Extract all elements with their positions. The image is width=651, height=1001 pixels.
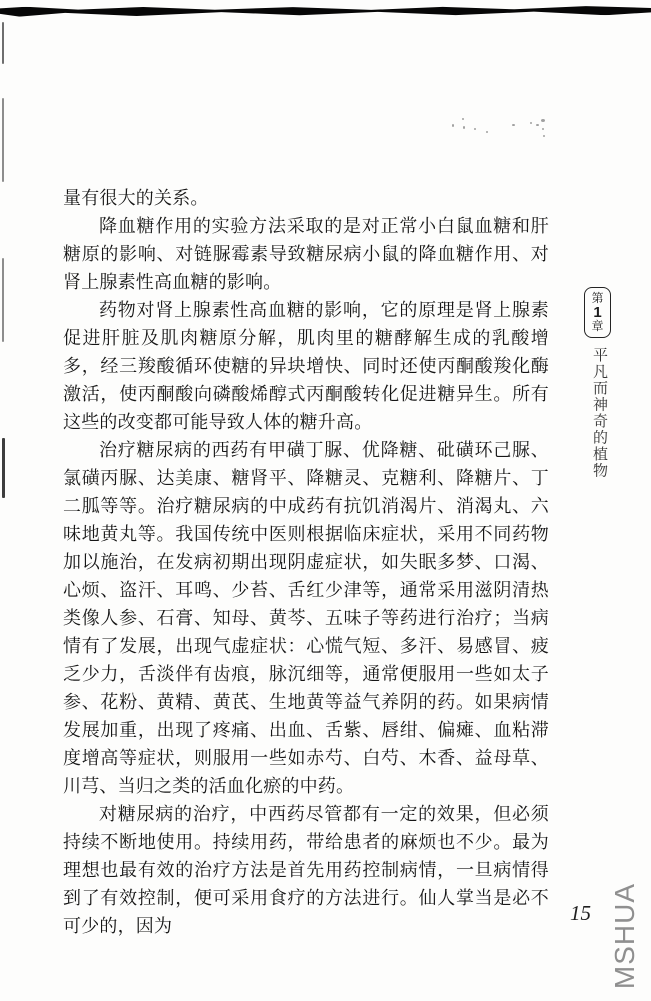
scan-noise-speck	[452, 124, 454, 127]
chapter-title-vertical: 平凡而神奇的植物	[589, 347, 610, 479]
chapter-number: 1	[593, 305, 601, 320]
paragraph: 对糖尿病的治疗，中西药尽管都有一定的效果，但必须持续不断地使用。持续用药，带给患…	[63, 800, 549, 940]
scan-artifact-left-edge	[2, 98, 4, 182]
scan-noise-speck	[543, 135, 545, 137]
chapter-label-suffix: 章	[591, 320, 603, 333]
scan-noise-speck	[530, 122, 532, 124]
scan-artifact-left-edge	[2, 438, 5, 498]
scan-noise-speck	[462, 118, 464, 120]
scan-artifact-top-bar	[0, 5, 651, 17]
paragraph: 治疗糖尿病的西药有甲磺丁脲、优降糖、砒磺环己脲、氯磺丙脲、达美康、糖肾平、降糖灵…	[63, 436, 549, 800]
scan-noise-speck	[542, 128, 544, 130]
paragraph: 量有很大的关系。	[63, 184, 549, 212]
scan-artifact-left-edge	[2, 258, 4, 342]
paragraph: 药物对肾上腺素性高血糖的影响，它的原理是肾上腺素促进肝脏及肌肉糖原分解，肌肉里的…	[63, 296, 549, 436]
chapter-badge: 第 1 章	[584, 287, 611, 338]
scan-artifact-left-edge	[2, 22, 4, 64]
scan-noise-speck	[541, 119, 545, 122]
page-number: 15	[570, 901, 591, 926]
publisher-watermark: MSHUA	[609, 883, 641, 989]
body-text: 量有很大的关系。 降血糖作用的实验方法采取的是对正常小白鼠血糖和肝糖原的影响、对…	[63, 184, 549, 940]
paragraph: 降血糖作用的实验方法采取的是对正常小白鼠血糖和肝糖原的影响、对链脲霉素导致糖尿病…	[63, 212, 549, 296]
scan-noise-speck	[512, 124, 515, 126]
scan-noise-speck	[536, 124, 539, 126]
scan-noise-speck	[463, 126, 465, 129]
scan-noise-speck	[474, 128, 476, 130]
scan-noise-speck	[486, 131, 488, 133]
